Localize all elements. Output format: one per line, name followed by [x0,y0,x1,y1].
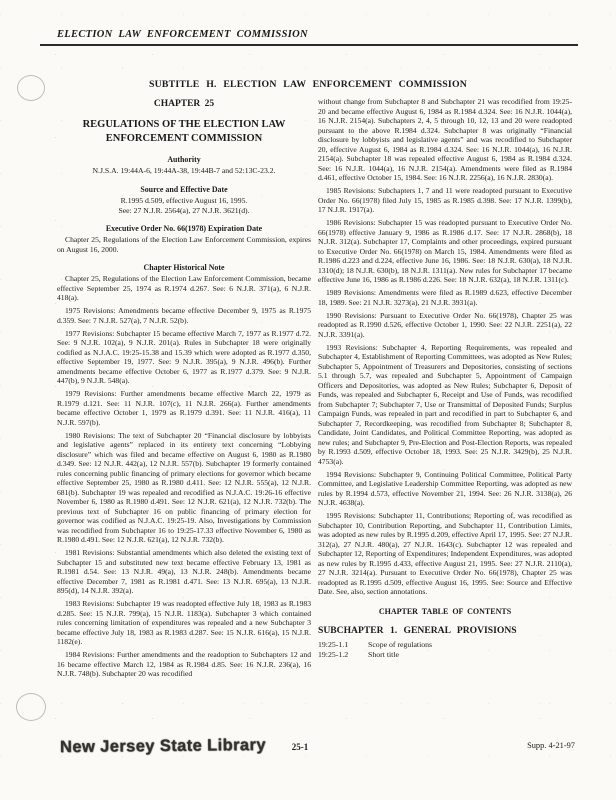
masthead-rule [40,44,578,46]
revisions-1979-paragraph: 1979 Revisions: Further amendments becam… [57,389,311,427]
exec-order-heading: Executive Order No. 66(1978) Expiration … [57,224,311,233]
chapter-title-line1: REGULATIONS OF THE ELECTION LAW [83,119,286,130]
revisions-1983-paragraph: 1983 Revisions: Subchapter 19 was readop… [57,599,311,647]
toc-entry: 19:25-1.1 Scope of regulations [318,640,572,650]
masthead-title: ELECTION LAW ENFORCEMENT COMMISSION [57,29,308,40]
toc-entry: 19:25-1.2 Short title [318,650,572,660]
subchapter-1-heading: SUBCHAPTER 1. GENERAL PROVISIONS [318,625,572,636]
revisions-1989-paragraph: 1989 Revisions: Amendments were filed as… [318,288,572,307]
authority-citation: N.J.S.A. 19:44A-6, 19:44A-38, 19:44B-7 a… [57,166,311,176]
revisions-1993-paragraph: 1993 Revisions: Subchapter 4, Reporting … [318,343,572,467]
historical-note-heading: Chapter Historical Note [57,263,311,272]
document-page: ELECTION LAW ENFORCEMENT COMMISSION SUBT… [0,0,616,800]
revisions-1986-paragraph: 1986 Revisions: Subchapter 15 was readop… [318,218,572,285]
page-number: 25-1 [0,742,600,752]
revisions-1975-paragraph: 1975 Revisions: Amendments became effect… [57,306,311,325]
exec-order-paragraph: Chapter 25, Regulations of the Election … [57,235,311,254]
revisions-1985-paragraph: 1985 Revisions: Subchapters 1, 7 and 11 … [318,186,572,215]
right-column: without change from Subchapter 8 and Sub… [318,97,572,660]
chapter-number: CHAPTER 25 [57,99,311,109]
source-line1: R.1995 d.509, effective August 16, 1995. [57,196,311,206]
toc-entry-number: 19:25-1.2 [318,650,368,660]
historical-paragraph: Chapter 25, Regulations of the Election … [57,274,311,303]
toc-entry-title: Short title [368,650,399,660]
authority-heading: Authority [57,155,311,164]
toc-entry-title: Scope of regulations [368,640,432,650]
revisions-1980-paragraph: 1980 Revisions: The text of Subchapter 2… [57,431,311,545]
left-column: CHAPTER 25 REGULATIONS OF THE ELECTION L… [57,99,311,679]
toc-entry-number: 19:25-1.1 [318,640,368,650]
chapter-title-line2: ENFORCEMENT COMMISSION [106,133,262,144]
chapter-title: REGULATIONS OF THE ELECTION LAW ENFORCEM… [57,118,311,146]
revisions-1981-paragraph: 1981 Revisions: Substantial amendments w… [57,548,311,596]
revisions-1984-continuation: without change from Subchapter 8 and Sub… [318,97,572,183]
revisions-1994-paragraph: 1994 Revisions: Subchapter 9, Continuing… [318,470,572,508]
revisions-1995-paragraph: 1995 Revisions: Subchapter 11, Contribut… [318,511,572,597]
source-heading: Source and Effective Date [57,185,311,194]
revisions-1990-paragraph: 1990 Revisions: Pursuant to Executive Or… [318,311,572,340]
stamp-ring-bottom [16,693,46,721]
supplement-date: Supp. 4-21-97 [527,741,575,750]
revisions-1984-paragraph: 1984 Revisions: Further amendments and t… [57,650,311,679]
revisions-1977-paragraph: 1977 Revisions: Subchapter 15 became eff… [57,329,311,386]
subtitle-heading: SUBTITLE H. ELECTION LAW ENFORCEMENT COM… [0,79,616,90]
source-line2: See: 27 N.J.R. 2564(a), 27 N.J.R. 3621(d… [57,206,311,216]
chapter-toc-heading: CHAPTER TABLE OF CONTENTS [318,607,572,616]
